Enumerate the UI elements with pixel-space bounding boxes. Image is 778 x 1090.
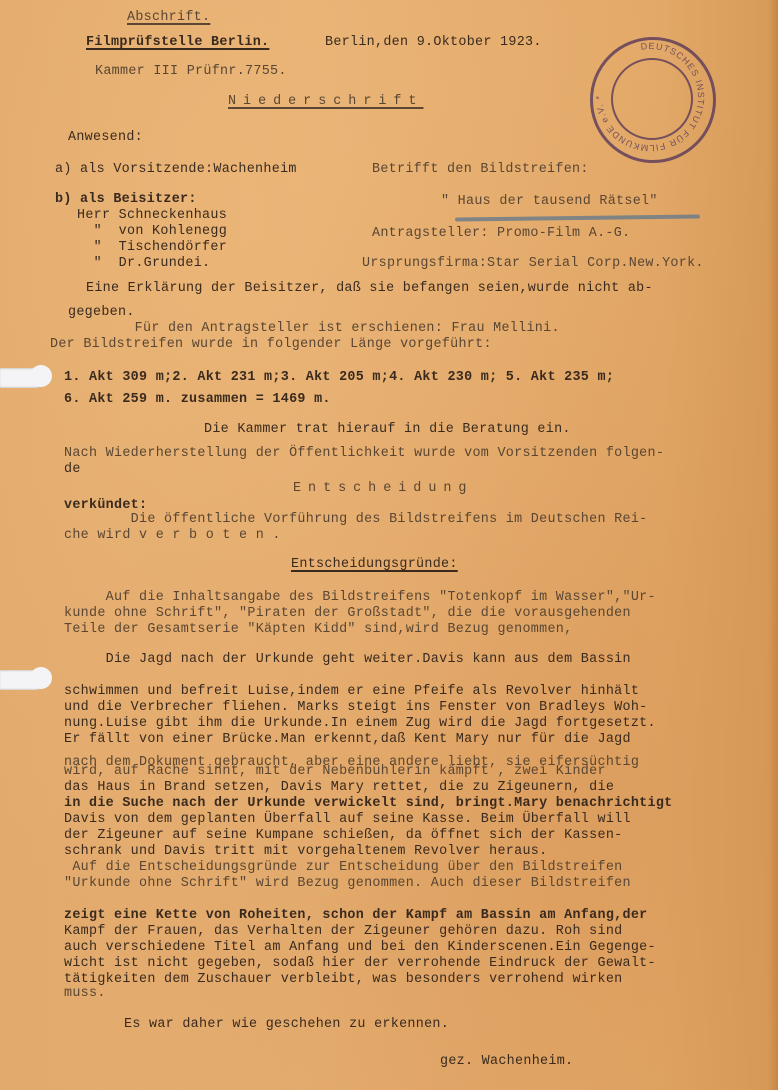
decision-heading: Entscheidung bbox=[293, 481, 473, 497]
reasons-line: kunde ohne Schrift", "Piraten der Großst… bbox=[64, 606, 631, 622]
reasons-line: der Zigeuner auf seine Kumpane schießen,… bbox=[64, 828, 623, 844]
applicant: Antragsteller: Promo-Film A.-G. bbox=[372, 226, 630, 242]
assessor-item: Herr Schneckenhaus bbox=[77, 208, 227, 224]
reasons-line: Kampf der Frauen, das Verhalten der Zige… bbox=[64, 924, 623, 940]
reasons-line: Auf die Inhaltsangabe des Bildstreifens … bbox=[64, 590, 656, 606]
paper-edge-shadow bbox=[768, 0, 778, 1090]
assessor-item: " von Kohlenegg bbox=[77, 224, 227, 240]
body-line: Nach Wiederherstellung der Öffentlichkei… bbox=[64, 446, 664, 462]
punch-hole-top bbox=[0, 368, 46, 388]
film-title: " Haus der tausend Rätsel" bbox=[441, 194, 658, 210]
verdict-line: Die öffentliche Vorführung des Bildstrei… bbox=[64, 512, 648, 528]
reasons-line: in die Suche nach der Urkunde verwickelt… bbox=[64, 796, 673, 812]
scanned-document-page: DEUTSCHES INSTITUT FÜR FILMKUNDE e.V. * … bbox=[0, 0, 778, 1090]
reasons-line: "Urkunde ohne Schrift" wird Bezug genomm… bbox=[64, 876, 631, 892]
reasons-line: das Haus in Brand setzen, Davis Mary ret… bbox=[64, 780, 614, 796]
subject-label: Betrifft den Bildstreifen: bbox=[372, 162, 589, 178]
pencil-underline bbox=[455, 215, 700, 222]
reasons-line: Davis von dem geplanten Überfall auf sei… bbox=[64, 812, 631, 828]
assessor-item: " Dr.Grundei. bbox=[77, 256, 210, 272]
reasons-line: zeigt eine Kette von Roheiten, schon der… bbox=[64, 908, 648, 924]
document-heading: Niederschrift bbox=[228, 94, 423, 110]
body-line: Für den Antragsteller ist erschienen: Fr… bbox=[68, 321, 560, 337]
reasons-line: Teile der Gesamtserie "Käpten Kidd" sind… bbox=[64, 622, 572, 638]
office-name: Filmprüfstelle Berlin. bbox=[86, 35, 269, 51]
reasons-line-overlap: wird, auf Rache sinnt, mit der Nebenbuhl… bbox=[64, 764, 606, 780]
reasons-line: schwimmen und befreit Luise,indem er ein… bbox=[64, 684, 639, 700]
body-line: Eine Erklärung der Beisitzer, daß sie be… bbox=[86, 281, 653, 297]
origin-company: Ursprungsfirma:Star Serial Corp.New.York… bbox=[362, 256, 704, 272]
stamp-text-ring-icon: DEUTSCHES INSTITUT FÜR FILMKUNDE e.V. * bbox=[590, 37, 710, 157]
reasons-line: muss. bbox=[64, 986, 106, 1002]
reasons-line: Er fällt von einer Brücke.Man erkennt,da… bbox=[64, 732, 631, 748]
closing-line: Es war daher wie geschehen zu erkennen. bbox=[124, 1017, 449, 1033]
svg-text:DEUTSCHES INSTITUT FÜR FILMKUN: DEUTSCHES INSTITUT FÜR FILMKUNDE e.V. * bbox=[594, 41, 706, 153]
verdict-line: che wird v e r b o t e n . bbox=[64, 528, 281, 544]
place-date: Berlin,den 9.Oktober 1923. bbox=[325, 35, 542, 51]
document-title: Abschrift. bbox=[127, 10, 210, 26]
assessors-label: b) als Beisitzer: bbox=[55, 192, 197, 208]
reasons-line: schrank und Davis tritt mit vorgehaltene… bbox=[64, 844, 547, 860]
act-lengths-total: 6. Akt 259 m. zusammen = 1469 m. bbox=[64, 392, 331, 408]
assessor-item: " Tischendörfer bbox=[77, 240, 227, 256]
body-line: Der Bildstreifen wurde in folgender Läng… bbox=[50, 337, 492, 353]
reasons-heading: Entscheidungsgründe: bbox=[291, 557, 458, 573]
deliberation-line: Die Kammer trat hierauf in die Beratung … bbox=[204, 422, 571, 438]
reasons-line: wicht ist nicht gegeben, sodaß hier der … bbox=[64, 956, 656, 972]
reasons-line: tätigkeiten dem Zuschauer verbleibt, was… bbox=[64, 972, 623, 988]
act-lengths-line: 1. Akt 309 m;2. Akt 231 m;3. Akt 205 m;4… bbox=[64, 370, 614, 386]
reasons-line: auch verschiedene Titel am Anfang und be… bbox=[64, 940, 656, 956]
attendance-label: Anwesend: bbox=[68, 130, 143, 146]
chair-line: a) als Vorsitzende:Wachenheim bbox=[55, 162, 297, 178]
chamber-number: Kammer III Prüfnr.7755. bbox=[95, 64, 287, 80]
reasons-line: und die Verbrecher fliehen. Marks steigt… bbox=[64, 700, 648, 716]
reasons-line: Auf die Entscheidungsgründe zur Entschei… bbox=[64, 860, 623, 876]
reasons-line: nung.Luise gibt ihm die Urkunde.In einem… bbox=[64, 716, 656, 732]
signature: gez. Wachenheim. bbox=[440, 1054, 573, 1070]
punch-hole-bottom bbox=[0, 670, 46, 690]
body-line: gegeben. bbox=[68, 305, 135, 321]
body-line: de bbox=[64, 462, 81, 478]
reasons-line: Die Jagd nach der Urkunde geht weiter.Da… bbox=[64, 652, 631, 668]
institute-stamp: DEUTSCHES INSTITUT FÜR FILMKUNDE e.V. * bbox=[590, 37, 716, 163]
